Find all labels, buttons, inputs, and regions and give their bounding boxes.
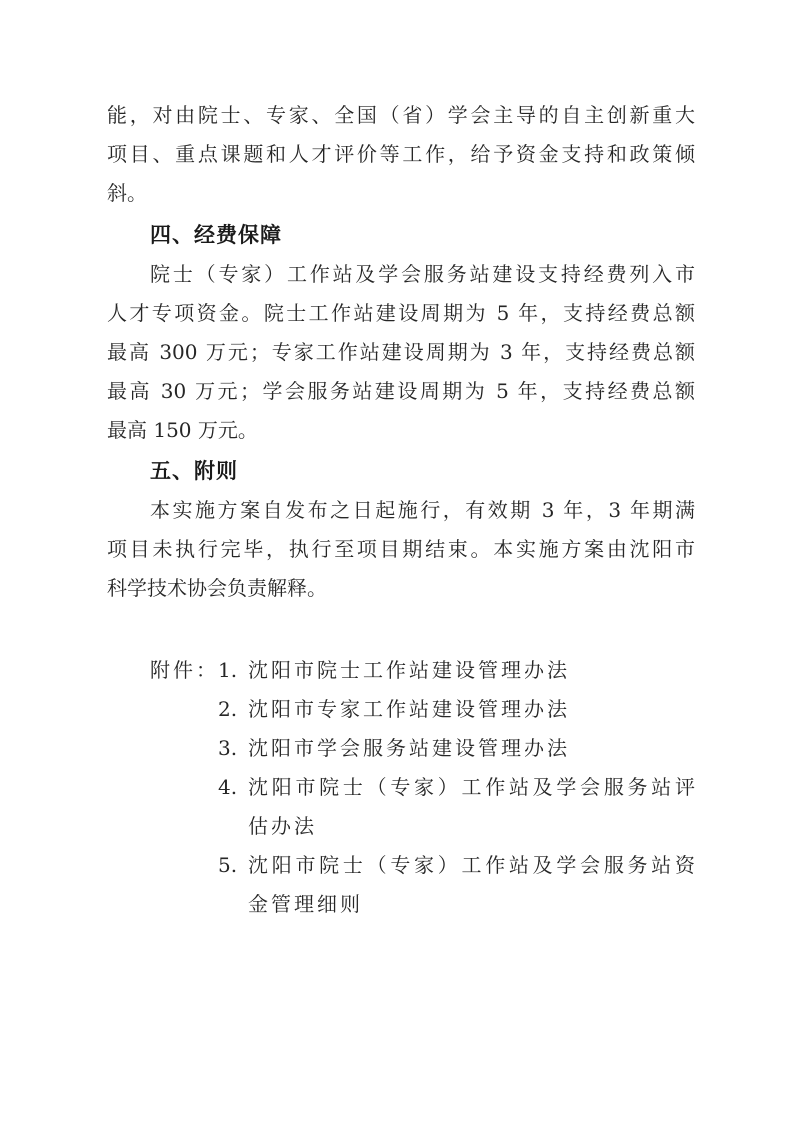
paragraph-line: 能，对由院士、专家、全国（省）学会主导的自主创新重大	[107, 96, 695, 135]
paragraph-line: 最高 30 万元；学会服务站建设周期为 5 年，支持经费总额	[107, 372, 695, 411]
attachment-number: 5.	[218, 846, 237, 885]
section-heading: 四、经费保障	[150, 216, 282, 255]
paragraph-line: 项目、重点课题和人才评价等工作，给予资金支持和政策倾	[107, 135, 695, 174]
paragraph-line: 最高 150 万元。	[107, 411, 695, 450]
paragraph-line: 项目未执行完毕，执行至项目期结束。本实施方案由沈阳市	[107, 530, 695, 569]
attachment-number: 2.	[218, 690, 237, 729]
paragraph-line: 本实施方案自发布之日起施行，有效期 3 年，3 年期满	[150, 491, 695, 530]
paragraph-line: 科学技术协会负责解释。	[107, 569, 695, 608]
attachment-title-continued: 金管理细则	[248, 885, 363, 924]
attachment-title: 沈阳市专家工作站建设管理办法	[248, 690, 570, 729]
attachment-title: 沈阳市院士（专家）工作站及学会服务站评	[248, 768, 695, 807]
attachments-label: 附件：	[150, 651, 219, 690]
section-heading: 五、附则	[150, 452, 238, 491]
paragraph-line: 最高 300 万元；专家工作站建设周期为 3 年，支持经费总额	[107, 333, 695, 372]
attachment-number: 1.	[218, 651, 237, 690]
attachment-title-continued: 估办法	[248, 807, 317, 846]
document-page: 能，对由院士、专家、全国（省）学会主导的自主创新重大 项目、重点课题和人才评价等…	[0, 0, 800, 1132]
attachment-number: 3.	[218, 729, 237, 768]
attachment-title: 沈阳市院士（专家）工作站及学会服务站资	[248, 846, 695, 885]
attachment-number: 4.	[218, 768, 237, 807]
attachment-title: 沈阳市院士工作站建设管理办法	[248, 651, 570, 690]
paragraph-line: 人才专项资金。院士工作站建设周期为 5 年，支持经费总额	[107, 294, 695, 333]
paragraph-line: 院士（专家）工作站及学会服务站建设支持经费列入市	[150, 255, 695, 294]
paragraph-line: 斜。	[107, 174, 695, 213]
attachment-title: 沈阳市学会服务站建设管理办法	[248, 729, 570, 768]
